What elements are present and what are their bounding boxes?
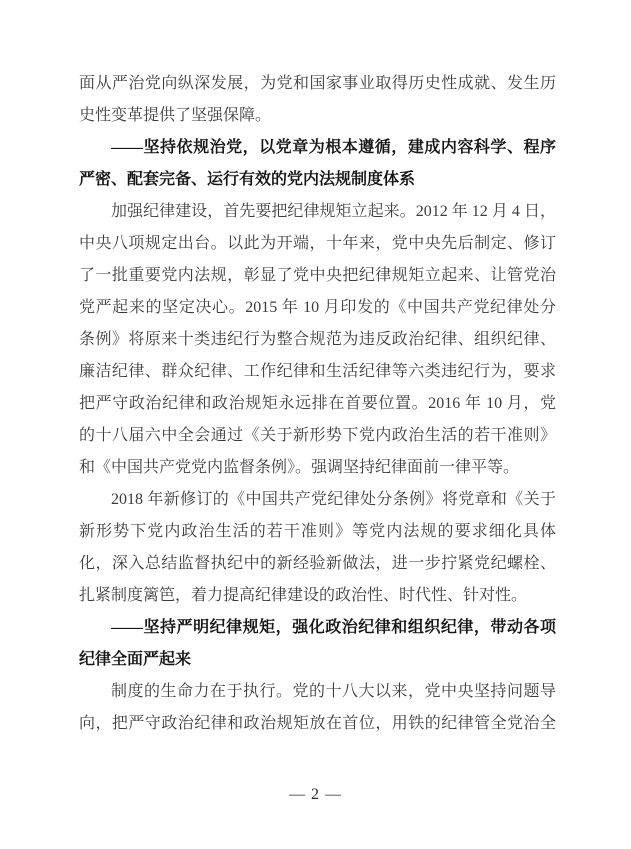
body-line: 和《中国共产党党内监督条例》。强调坚持纪律面前一律平等。 — [79, 452, 556, 484]
heading-line: ——坚持严明纪律规矩，强化政治纪律和组织纪律，带动各项 — [79, 612, 556, 644]
page-footer: — 2 — — [0, 786, 631, 804]
heading-line: ——坚持依规治党，以党章为根本遵循，建成内容科学、程序 — [79, 132, 556, 164]
body-line: 了一批重要党内法规，彰显了党中央把纪律规矩立起来、让管党治 — [79, 260, 556, 292]
body-line: 面从严治党向纵深发展，为党和国家事业取得历史性成就、发生历 — [79, 68, 556, 100]
body-line: 扎紧制度篱笆，着力提高纪律建设的政治性、时代性、针对性。 — [79, 580, 556, 612]
body-line: 新形势下党内政治生活的若干准则》等党内法规的要求细化具体 — [79, 516, 556, 548]
body-line: 制度的生命力在于执行。党的十八大以来，党中央坚持问题导 — [79, 676, 556, 708]
body-line: 廉洁纪律、群众纪律、工作纪律和生活纪律等六类违纪行为，要求 — [79, 356, 556, 388]
body-line: 加强纪律建设，首先要把纪律规矩立起来。2012 年 12 月 4 日， — [79, 196, 556, 228]
body-line: 条例》将原来十类违纪行为整合规范为违反政治纪律、组织纪律、 — [79, 324, 556, 356]
heading-line: 纪律全面严起来 — [79, 644, 556, 676]
body-line: 中央八项规定出台。以此为开端，十年来，党中央先后制定、修订 — [79, 228, 556, 260]
body-line: 化，深入总结监督执纪中的新经验新做法，进一步拧紧党纪螺栓、 — [79, 548, 556, 580]
heading-line: 严密、配套完备、运行有效的党内法规制度体系 — [79, 164, 556, 196]
body-line: 向，把严守政治纪律和政治规矩放在首位，用铁的纪律管全党治全 — [79, 708, 556, 740]
body-line: 的十八届六中全会通过《关于新形势下党内政治生活的若干准则》 — [79, 420, 556, 452]
body-line: 把严守政治纪律和政治规矩永远排在首要位置。2016 年 10 月，党 — [79, 388, 556, 420]
document-page: 面从严治党向纵深发展，为党和国家事业取得历史性成就、发生历 史性变革提供了坚强保… — [0, 0, 631, 849]
body-line: 史性变革提供了坚强保障。 — [79, 100, 556, 132]
body-line: 2018 年新修订的《中国共产党纪律处分条例》将党章和《关于 — [79, 484, 556, 516]
page-number: — 2 — — [289, 786, 342, 803]
body-line: 党严起来的坚定决心。2015 年 10 月印发的《中国共产党纪律处分 — [79, 292, 556, 324]
document-body: 面从严治党向纵深发展，为党和国家事业取得历史性成就、发生历 史性变革提供了坚强保… — [79, 68, 556, 740]
